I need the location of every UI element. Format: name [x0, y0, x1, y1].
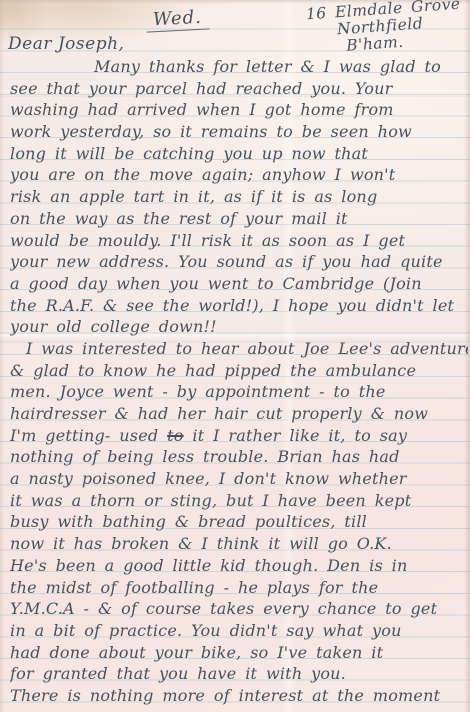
- letter-line-text: Many thanks for letter & I was glad to: [94, 57, 441, 76]
- letter-line: I'm getting- used to it I rather like it…: [10, 425, 468, 447]
- letter-line-text: would be mouldy. I'll risk it as soon as…: [10, 231, 405, 250]
- letter-line: He's been a good little kid though. Den …: [10, 555, 468, 577]
- letter-line-text: a nasty poisoned knee, I don't know whet…: [10, 469, 407, 488]
- letter-line-text: washing had arrived when I got home from: [10, 100, 394, 119]
- letter-line-text: There is nothing more of interest at the…: [10, 686, 440, 705]
- letter-line: see that your parcel had reached you. Yo…: [10, 78, 468, 100]
- letter-line: busy with bathing & bread poultices, til…: [10, 511, 468, 533]
- letter-line-text: a good day when you went to Cambridge (J…: [10, 274, 422, 293]
- letter-line: on the way as the rest of your mail it: [10, 208, 468, 230]
- letter-line-text: your new address. You sound as if you ha…: [10, 252, 443, 271]
- letter-line-text: had done about your bike, so I've taken …: [10, 643, 383, 662]
- letter-line: a nasty poisoned knee, I don't know whet…: [10, 468, 468, 490]
- letter-line-text: I'm getting- used: [10, 426, 167, 445]
- letter-line: hairdresser & had her hair cut properly …: [10, 403, 468, 425]
- letter-line: Many thanks for letter & I was glad to: [10, 56, 468, 78]
- letter-date-heading: Wed.: [145, 6, 209, 32]
- letter-line: in a bit of practice. You didn't say wha…: [10, 620, 468, 642]
- letter-line: the midst of footballing - he plays for …: [10, 577, 468, 599]
- letter-line: men. Joyce went - by appointment - to th…: [10, 381, 468, 403]
- letter-line: a good day when you went to Cambridge (J…: [10, 273, 468, 295]
- letter-line: long it will be catching you up now that: [10, 143, 468, 165]
- letter-line-text: your old college down!!: [10, 317, 217, 336]
- letter-line-text: the R.A.F. & see the world!), I hope you…: [10, 296, 454, 315]
- letter-line-text: now it has broken & I think it will go O…: [10, 534, 392, 553]
- letter-line: risk an apple tart in it, as if it is as…: [10, 186, 468, 208]
- letter-line: & glad to know he had pipped the ambulan…: [10, 360, 468, 382]
- letter-line: your old college down!!: [10, 316, 468, 338]
- letter-line-text: see that your parcel had reached you. Yo…: [10, 79, 393, 98]
- letter-line-text: I was interested to hear about Joe Lee's…: [26, 339, 468, 358]
- letter-line-text: risk an apple tart in it, as if it is as…: [10, 187, 377, 206]
- letter-line-text: nothing of being less trouble. Brian has…: [10, 447, 400, 466]
- letter-line: Y.M.C.A - & of course takes every chance…: [10, 598, 468, 620]
- letter-line-text: men. Joyce went - by appointment - to th…: [10, 382, 386, 401]
- struck-word: to: [167, 426, 183, 445]
- letter-line-text: it I rather like it, to say: [184, 426, 408, 445]
- letter-line-text: Y.M.C.A - & of course takes every chance…: [10, 599, 437, 618]
- letter-line-text: for granted that you have it with you.: [10, 664, 346, 683]
- letter-line: the R.A.F. & see the world!), I hope you…: [10, 295, 468, 317]
- paper-edge-left: [0, 0, 5, 712]
- letter-line: your new address. You sound as if you ha…: [10, 251, 468, 273]
- letter-line-text: busy with bathing & bread poultices, til…: [10, 512, 367, 531]
- letter-line: now it has broken & I think it will go O…: [10, 533, 468, 555]
- letter-line: There is nothing more of interest at the…: [10, 685, 468, 707]
- letter-line-text: the midst of footballing - he plays for …: [10, 578, 378, 597]
- letter-line-text: hairdresser & had her hair cut properly …: [10, 404, 428, 423]
- letter-line-text: work yesterday, so it remains to be seen…: [10, 122, 412, 141]
- letter-line-text: long it will be catching you up now that: [10, 144, 368, 163]
- letter-line: you are on the move again; anyhow I won'…: [10, 164, 468, 186]
- letter-line-text: on the way as the rest of your mail it: [10, 209, 348, 228]
- salutation: Dear Joseph,: [8, 34, 124, 54]
- letter-line: for granted that you have it with you.: [10, 663, 468, 685]
- letter-line-text: He's been a good little kid though. Den …: [10, 556, 407, 575]
- letter-line: it was a thorn or sting, but I have been…: [10, 490, 468, 512]
- letter-line: washing had arrived when I got home from: [10, 99, 468, 121]
- letter-line-text: in a bit of practice. You didn't say wha…: [10, 621, 402, 640]
- letter-line: I was interested to hear about Joe Lee's…: [10, 338, 468, 360]
- letter-line-text: you are on the move again; anyhow I won'…: [10, 165, 395, 184]
- letter-line-text: it was a thorn or sting, but I have been…: [10, 491, 411, 510]
- letter-line: nothing of being less trouble. Brian has…: [10, 446, 468, 468]
- letter-line-text: & glad to know he had pipped the ambulan…: [10, 361, 416, 380]
- letter-body: Many thanks for letter & I was glad tose…: [10, 56, 468, 707]
- letter-line: work yesterday, so it remains to be seen…: [10, 121, 468, 143]
- letter-line: would be mouldy. I'll risk it as soon as…: [10, 230, 468, 252]
- letter-line: had done about your bike, so I've taken …: [10, 642, 468, 664]
- handwritten-letter-page: Wed. 16 Elmdale Grove Northfield B'ham. …: [0, 0, 470, 712]
